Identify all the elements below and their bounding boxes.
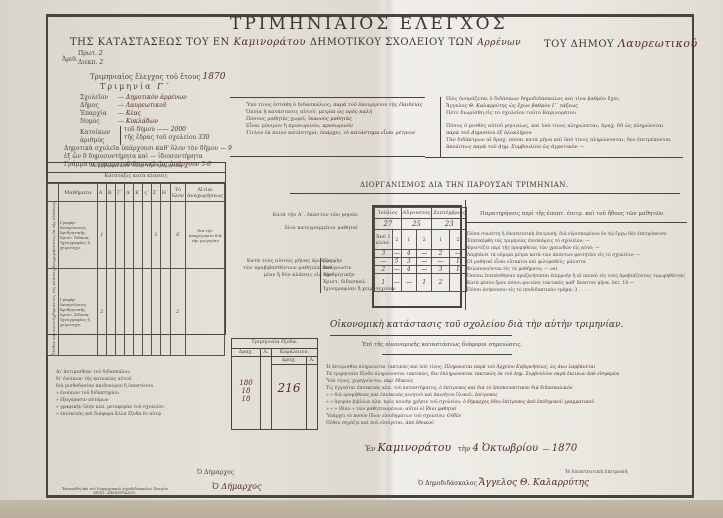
economic-notes: Ἡ ἀντιμισθία πληρώνεται τακτικῶς καὶ ὑπὸ… [326,364,686,427]
committee-label: Ἡ ἐποπτευτικὴ ἐπιτροπή [565,469,628,476]
reference-number: Ἀριθ. Πρωτ. 2 Διεκπ. 2 [62,56,78,64]
grid-row: 3—4—2— [375,250,467,258]
field-municipality: Δῆμος— Λαυρεωτικοῦ [80,102,230,110]
date-line: Ἐν Καμινοράτου τὴν 4 Ὀκτωβρίου — 1870 [365,441,577,454]
grid-row: —53——1 [375,258,467,266]
field-province: Ἐπαρχία— Κέας [80,110,230,118]
inhabitants: Κατοίκων ἀριθμὸς τοῦ δήμου —— 2000 τῆς ἕ… [80,126,230,145]
mayor-signature: Ὁ Δήμαρχος [212,482,261,491]
economic-notes-heading: Ἐπὶ τῆς οἰκονομικῆς καταστάσεως διάφοροι… [362,342,522,349]
field-prefecture: Νομός— Κυκλάδων [80,118,230,126]
teacher-signature-line: Ὁ Δημοδιδάσκαλος Ἄγγελος Θ. Καλαρρύτης [418,478,589,488]
amount-other: 18 [232,395,260,403]
field-school: Σχολεῖον— Δημοτικὸν ἀρρένων [80,94,230,102]
school-place: Καμινοράτου [233,37,306,48]
table-row: Ἀναχωρήσαντες ἐκ τῆς κλάσεως Γραφὴν Ἀναγ… [48,202,225,269]
document-title: ΤΡΙΜΗΝΙΑΙΟΣ ΕΛΕΓΧΟΣ [230,14,508,34]
observations-heading: Παρατηρήσεις περὶ τῆς ἐποπτ. ἐπιτρ. καὶ … [480,211,665,218]
economics-heading: Οἰκονομικὴ κατάστασις τοῦ σχολείου διὰ τ… [330,320,623,330]
table-row: Ἦλθον καὶ κατετάχθησαν εἰς τὰς κλάσεις Γ… [48,269,225,356]
building-questions: Ὑπὸ τίνος ἐστάθη ὁ διδασκάλιος; παρὰ τοῦ… [230,97,425,157]
organization-heading: ΔΙΟΡΓΑΝΙΣΜΟΣ ΔΙΑ ΤΗΝ ΠΑΡΟΥΣΑΝ ΤΡΙΜΗΝΙΑΝ. [360,181,569,189]
amount-salary: 180 [232,379,260,387]
printer-note: Ἐκτυπώθη ὑπὸ τοῦ Νομαρχιακοῦ Δημοδιδάσκα… [62,487,168,495]
grid-row: 2—4—31 [375,266,467,274]
municipality: ΤΟΥ ΔΗΜΟΥ Λαυρεωτικού [544,37,698,50]
school-info: Τριμηνιαῖος ἔλεγχος τοῦ ἔτους 1870 Τριμη… [80,73,230,169]
document-subtitle: ΤΗΣ ΚΑΤΑΣΤΑΣΕΩΣ ΤΟΥ ΕΝ Καμινοράτου ΔΗΜΟΤ… [70,37,521,48]
amount-rent: 18 [232,387,260,395]
changes-table: Μεταβολαὶ καθ' ὅλην τὴν τριμηνίαν Κατάτα… [46,162,226,335]
table-surface [0,500,723,518]
school-gender: Αρρένων [477,38,521,48]
mayor-label: Ὁ Δήμαρχος [197,469,234,476]
expenses-total: 216 [272,381,306,395]
expense-labels: Δι' ἀντιμισθίαν τοῦ διδασκάλου δι' ἐνοίκ… [56,369,164,418]
teacher-info: Πῶς ὀνομάζεται ὁ διδάσκων δημοδιδάσκαλος… [446,96,686,151]
expenses-table: Τριμηνιαῖα ἔξοδα. Δραχ. 180 18 18 Λ. Κεφ… [231,338,318,430]
observations-list: Πόσα συνέστη ἡ ἐποπτευτικὴ ἐπιτροπή; διὰ… [467,231,687,294]
organization-labels: Κατὰ τὴν Α΄. ἑκάστου τῶν μηνῶν ὅλοι κατε… [258,212,358,232]
grid-row: 1——12 [375,274,467,292]
enrollment-grid: Ἰούλιος Αὔγουστος Σεπτέμβριος 27 25 23 Ἀ… [372,205,462,308]
